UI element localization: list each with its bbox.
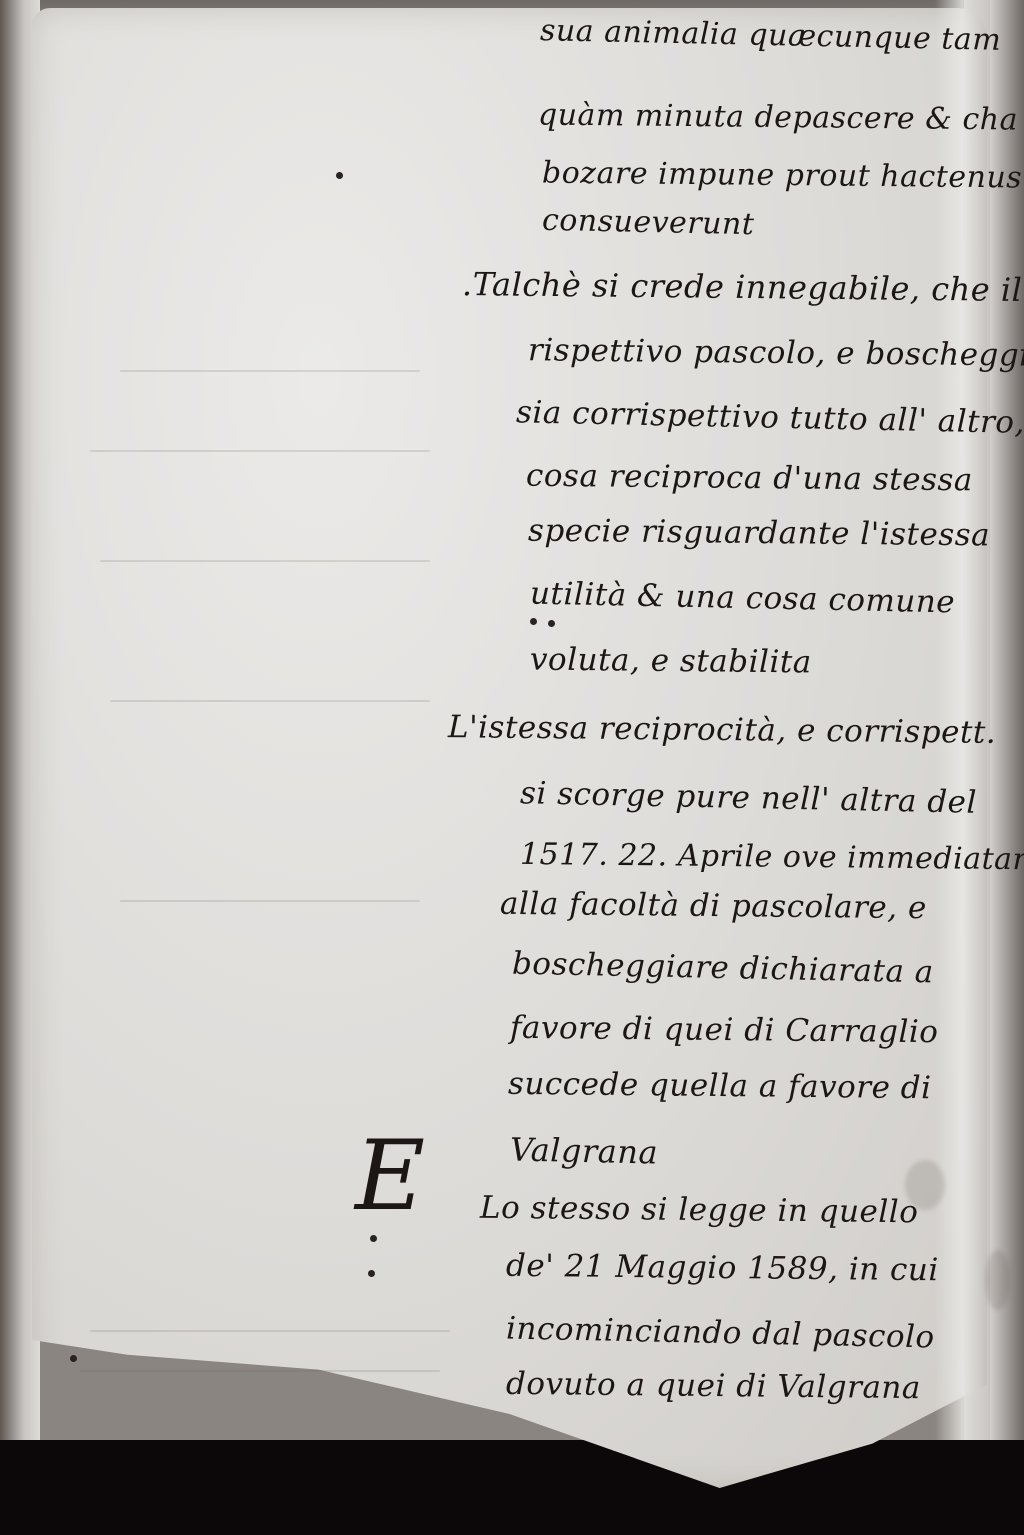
manuscript-line: alla facoltà di pascolare, e — [500, 886, 927, 926]
manuscript-line: 1517. 22. Aprile ove immediatamente — [520, 837, 1024, 878]
manuscript-line: Valgrana — [510, 1130, 659, 1171]
manuscript-line: de' 21 Maggio 1589, in cui — [506, 1248, 939, 1289]
manuscript-line: boscheggiare dichiarata a — [512, 946, 934, 991]
manuscript-line: consueverunt — [542, 203, 755, 242]
manuscript-line: rispettivo pascolo, e boscheggia — [528, 332, 1024, 373]
manuscript-line: cosa reciproca d'una stessa — [526, 458, 973, 499]
manuscript-line: dovuto a quei di Valgrana — [506, 1366, 921, 1406]
manuscript-line: Lo stesso si legge in quello — [480, 1190, 919, 1231]
manuscript-line: succede quella a favore di — [508, 1066, 932, 1106]
manuscript-line: sua animalia quæcunque tam — [540, 13, 1002, 58]
handwritten-text: sua animalia quæcunque tamquàm minuta de… — [0, 0, 1024, 1535]
manuscript-line: favore di quei di Carraglio — [510, 1010, 939, 1050]
manuscript-line: bozare impune prout hactenus — [542, 155, 1022, 195]
manuscript-line: utilità & una cosa comune — [530, 576, 956, 621]
manuscript-line: quàm minuta depascere & cha — [538, 97, 1018, 137]
manuscript-line: specie risguardante l'istessa — [528, 513, 990, 554]
manuscript-line: voluta, e stabilita — [530, 642, 812, 681]
manuscript-line: incominciando dal pascolo — [506, 1311, 935, 1356]
manuscript-line: sia corrispettivo tutto all' altro, la — [516, 394, 1024, 441]
manuscript-line: L'istessa reciprocità, e corrispett. — [448, 709, 997, 751]
manuscript-line: .Talchè si crede innegabile, che il — [462, 265, 1023, 309]
manuscript-line: si scorge pure nell' altra del — [520, 775, 978, 821]
